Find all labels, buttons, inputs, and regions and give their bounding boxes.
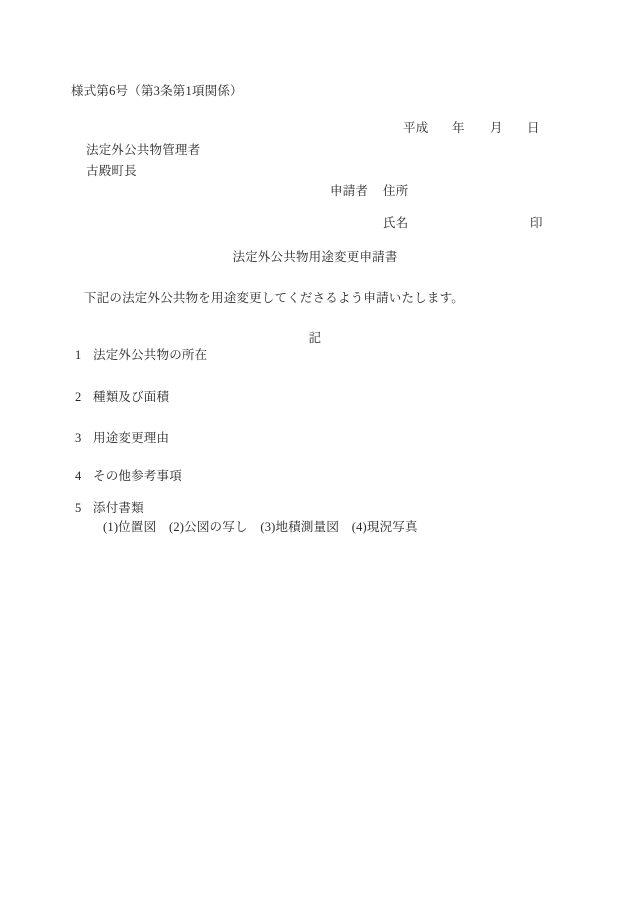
day-label: 日: [527, 121, 540, 135]
item-number: 1: [75, 348, 81, 362]
applicant-name-row: 氏名 印: [0, 216, 630, 230]
item-label: 添付書類: [93, 501, 144, 515]
form-number: 様式第6号（第3条第1項関係）: [71, 84, 243, 98]
address-label: 住所: [383, 184, 408, 198]
item-label: 種類及び面積: [93, 390, 169, 404]
attachments-line: (1)位置図 (2)公図の写し (3)地積測量図 (4)現況写真: [103, 520, 418, 534]
name-label: 氏名: [383, 216, 408, 230]
item-number: 2: [75, 390, 81, 404]
item-number: 5: [75, 501, 81, 515]
addressee-manager-title: 法定外公共物管理者: [86, 143, 200, 157]
addressee-mayor-title: 古殿町長: [86, 164, 137, 178]
item-label: 法定外公共物の所在: [93, 348, 207, 362]
record-heading: 記: [0, 331, 630, 345]
item-label: 用途変更理由: [93, 431, 169, 445]
application-form-page: 様式第6号（第3条第1項関係） 平成 年 月 日 法定外公共物管理者 古殿町長 …: [0, 0, 630, 916]
seal-label: 印: [530, 216, 543, 230]
list-item: 3 用途変更理由: [0, 431, 630, 445]
list-item: 5 添付書類: [0, 501, 630, 515]
item-number: 3: [75, 431, 81, 445]
item-label: その他参考事項: [93, 469, 182, 483]
list-item: 2 種類及び面積: [0, 390, 630, 404]
document-title: 法定外公共物用途変更申請書: [0, 250, 630, 264]
applicant-address-row: 申請者 住所: [0, 184, 630, 198]
year-label: 年: [452, 121, 465, 135]
date-line: 平成 年 月 日: [0, 121, 630, 135]
applicant-label: 申請者: [330, 184, 368, 198]
era-label: 平成: [403, 121, 428, 135]
item-number: 4: [75, 469, 81, 483]
list-item: 1 法定外公共物の所在: [0, 348, 630, 362]
month-label: 月: [490, 121, 503, 135]
list-item: 4 その他参考事項: [0, 469, 630, 483]
body-text: 下記の法定外公共物を用途変更してくださるよう申請いたします。: [84, 291, 464, 305]
